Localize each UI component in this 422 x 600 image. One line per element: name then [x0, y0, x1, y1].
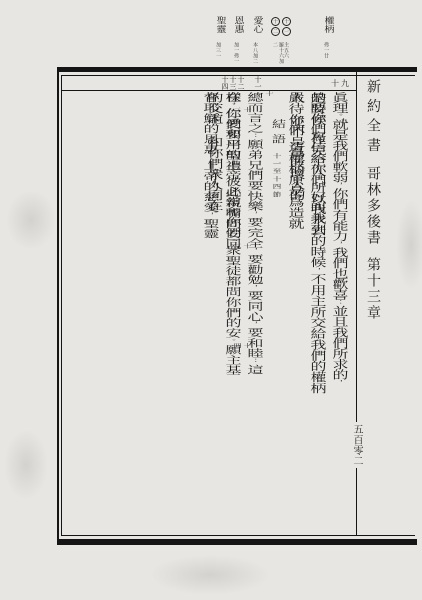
margin-note-references: 羅十六加二 [271, 42, 283, 64]
scripture-column: 在。十二你們要用聖禮，彼此親嘴問安。十三衆聖徒都問你們的安。十四願主基督耶穌的恩… [225, 92, 246, 542]
margin-note-references: 加三一 [214, 42, 220, 64]
punctuation: 。 [290, 200, 300, 213]
verse-text: 總而言之 [245, 92, 262, 133]
verse-text: 要同心 [245, 291, 262, 322]
scripture-column: 的時候，寫信給你們，好叫我到的時候，不用主所交給我們的權柄嚴待你們，這權柄原是爲… [306, 92, 327, 542]
verse-mark-13: 十三 [228, 76, 237, 90]
scan-smudge [396, 200, 422, 290]
verse-text: 你們要用聖禮 [223, 108, 240, 170]
verse-text: 在 [223, 92, 240, 102]
scan-smudge [6, 190, 56, 250]
section-heading-title: 結語 [270, 119, 285, 148]
margin-note-term: 權柄 [321, 16, 333, 33]
scripture-column: 眞理。九就是我們軟弱，你們有能力，我們也歡喜：並且我們所求的，是要你們作完全人。… [328, 92, 349, 542]
verse-text: 寫信給你們 [308, 131, 325, 185]
verse-text: 並且我們所求的 [330, 306, 347, 380]
section-heading-range: 十一至十四節 [272, 153, 282, 199]
verse-mark-11: 十一 [253, 76, 262, 90]
verse-text: 要勸勉 [245, 254, 262, 285]
verse-text: 和你們衆人同在 [205, 137, 222, 211]
verse-text: 好叫我到的時候 [308, 191, 325, 267]
circled-numeral: 十 [271, 17, 280, 26]
scripture-column: 結語十一至十四節 [267, 119, 288, 569]
scan-smudge [4, 430, 48, 500]
margin-note-term: 愛心 [250, 16, 262, 33]
verse-text: 就是我們軟弱 [330, 119, 347, 182]
scan-smudge [150, 555, 270, 595]
scripture-column: 十一總而言之：願弟兄們要快樂，要完全，要勸勉，要同心，要和睦：這樣，仁愛和平的上… [247, 92, 268, 542]
circled-numeral: 一 [282, 27, 291, 36]
verse-mark-9-10: 十九 [331, 79, 351, 88]
margin-note-references: 加一弗一 [232, 42, 238, 64]
verse-text: 願弟兄們要快樂 [245, 139, 262, 211]
masthead-chapter-title: 第十三章 [363, 257, 381, 321]
frame-top-bar [57, 67, 417, 72]
margin-note-references: 弗一廿 [322, 42, 328, 64]
masthead-book-title: 新約全書 [363, 79, 381, 157]
frame-left-inner-line [61, 75, 62, 536]
punctuation: 。 [208, 211, 218, 224]
scripture-column: 人，並不是爲敗壞人的。 [285, 92, 306, 542]
verse-text: 衆聖徒都問你們的安 [223, 245, 240, 339]
verse-text: 並不是爲敗壞人的 [287, 116, 304, 200]
margin-note-circled-numbers: 十一 [282, 17, 291, 36]
punctuation: ， [208, 124, 218, 137]
margin-note-term: 恩惠 [231, 16, 243, 33]
margin-note-references: 本八加二 [251, 42, 257, 64]
margin-note-term: 聖靈 [213, 16, 225, 33]
header-strip-rule [62, 90, 356, 91]
masthead-section-title: 哥林多後書 [363, 166, 381, 246]
verse-text: 眞理 [330, 92, 347, 113]
verse-text: 的交誼 [205, 92, 222, 124]
scripture-column: 的交誼，和你們衆人同在。 [203, 92, 224, 542]
verse-text: 的時候 [308, 92, 325, 125]
margin-note-circled-numbers: 十二 [271, 17, 280, 36]
circled-numeral: 二 [271, 27, 280, 36]
verse-mark-12: 十二 [236, 76, 245, 90]
punctuation: ， [290, 103, 300, 116]
verse-text: 我們也歡喜 [330, 247, 347, 300]
scanned-bible-page: 權柄弗一廿十一主五六十二羅十六加二愛心本八加二恩惠加一弗一聖靈加三一 十九 十一… [0, 0, 422, 600]
page-number: 五百零二 [350, 422, 363, 468]
punctuation: ， [333, 380, 343, 386]
verse-mark-14: 十四 [220, 76, 229, 90]
verse-text: 你們有能力 [330, 188, 347, 241]
frame-left-bar [57, 67, 59, 545]
circled-numeral: 十 [282, 17, 291, 26]
verse-text: 彼此親嘴問安 [223, 177, 240, 239]
verse-text: 人 [287, 92, 304, 103]
